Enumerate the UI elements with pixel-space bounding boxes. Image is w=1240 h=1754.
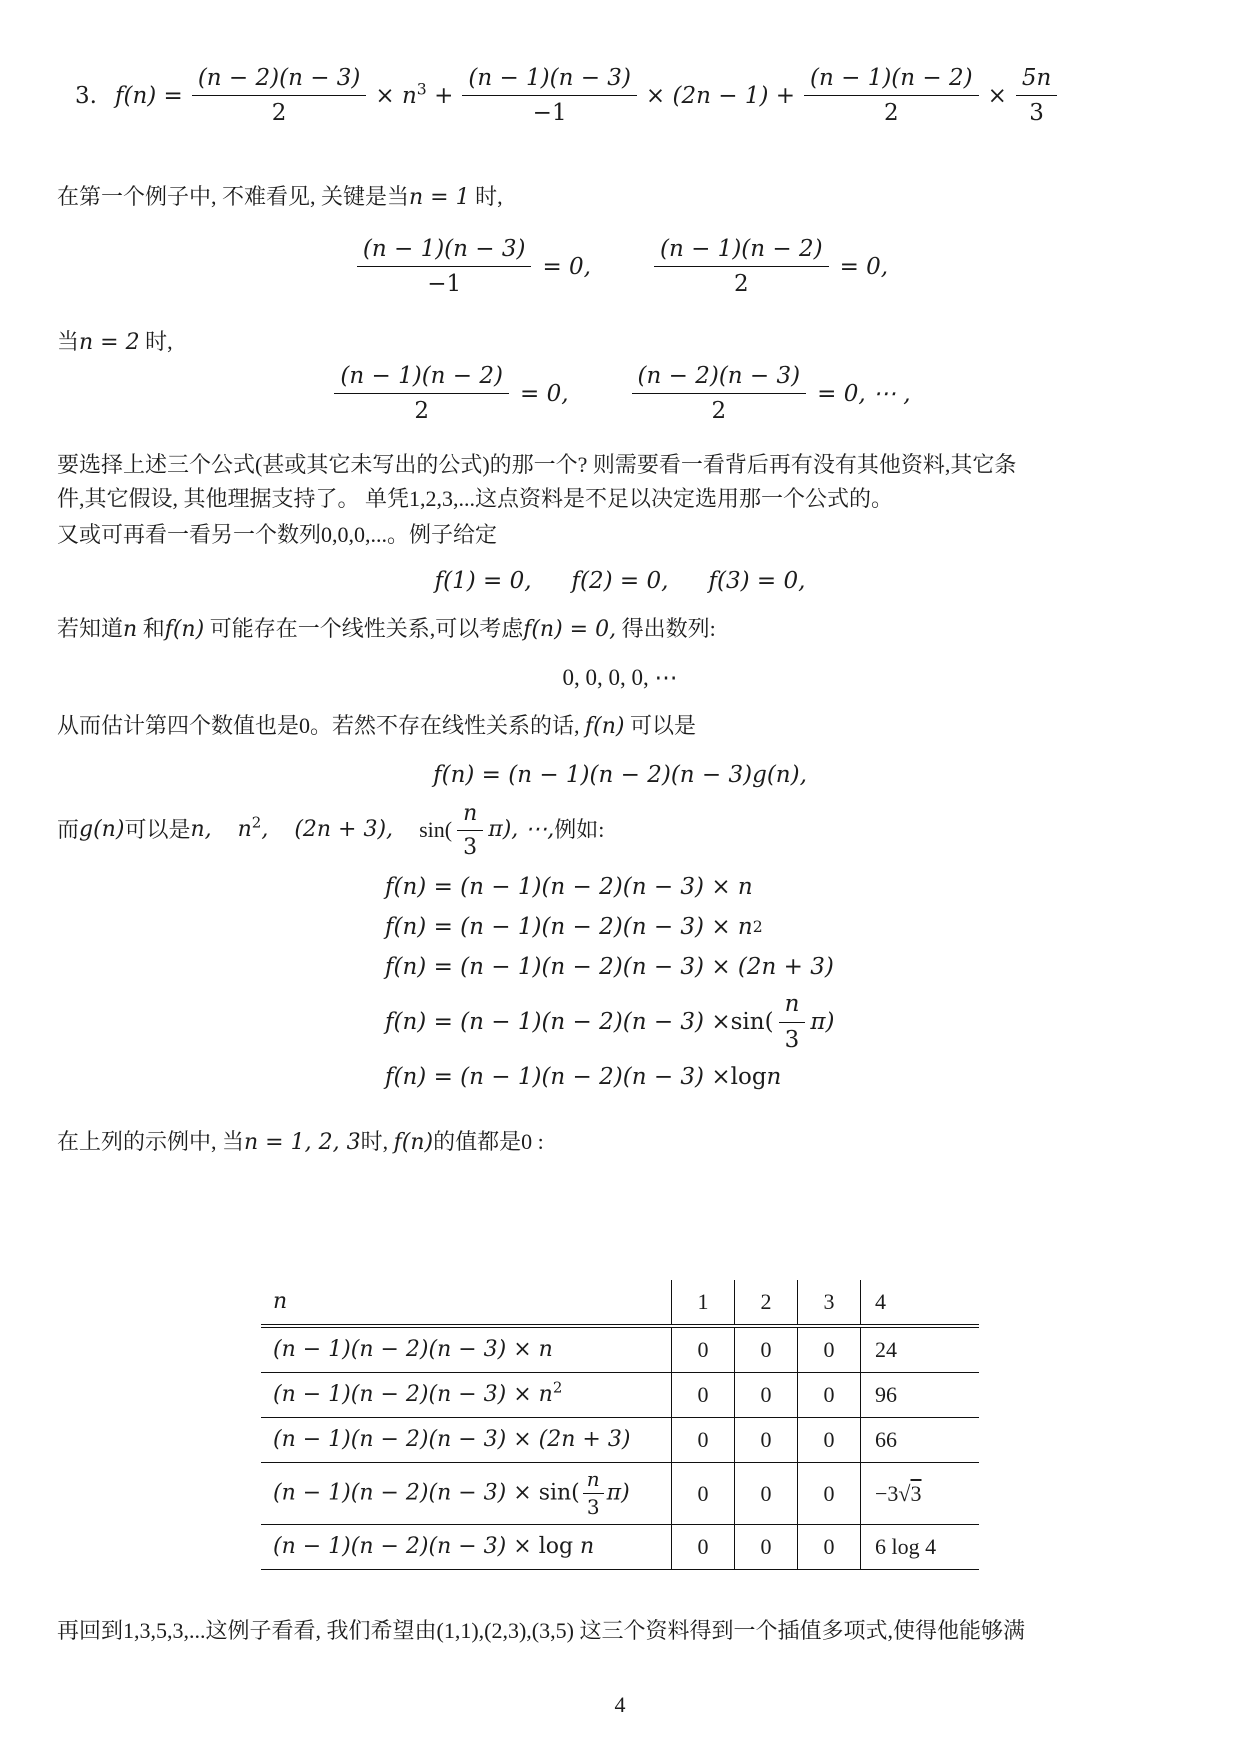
table-row: (n − 1)(n − 2)(n − 3) × log n 0 0 0 6 lo…	[261, 1525, 979, 1570]
eqB-fraction-2: (n − 2)(n − 3) 2	[632, 362, 807, 426]
table-row: (n − 1)(n − 2)(n − 3) × n 0 0 0 24	[261, 1326, 979, 1373]
values-table: n 1 2 3 4 (n − 1)(n − 2)(n − 3) × n 0 0 …	[261, 1280, 979, 1570]
eqB-fraction-1: (n − 1)(n − 2) 2	[334, 362, 509, 426]
eq3-op-3: ×	[988, 79, 1007, 113]
log-function: log	[731, 1060, 767, 1094]
table-row: (n − 1)(n − 2)(n − 3) × (2n + 3) 0 0 0 6…	[261, 1418, 979, 1463]
equation-item-3: 3. f(n) = (n − 2)(n − 3) 2 × n3 + (n − 1…	[75, 64, 1183, 128]
text-line: 件,其它假设, 其他理据支持了。 单凭1,2,3,...这点资料是不足以决定选用…	[57, 482, 1183, 516]
eq3-op-2: × (2n − 1) +	[646, 79, 795, 113]
equation-line-4: f(n) = (n − 1)(n − 2)(n − 3) × sin(n3π)	[385, 990, 855, 1054]
paragraph-estimate-fourth: 从而估计第四个数值也是0。若然不存在线性关系的话, f(n) 可以是	[57, 709, 1183, 744]
expr-times-2n3: (n − 1)(n − 2)(n − 3) × (2n + 3)	[261, 1418, 672, 1463]
sin-function: sin(	[731, 1005, 774, 1039]
eqC-part-2: f(2) = 0,	[572, 564, 669, 598]
cell: 0	[798, 1463, 861, 1525]
equation-line-5: f(n) = (n − 1)(n − 2)(n − 3) × log n	[385, 1060, 855, 1094]
expr-times-log: (n − 1)(n − 2)(n − 3) × log n	[261, 1525, 672, 1570]
expr-times-sin: (n − 1)(n − 2)(n − 3) × sin(n3π)	[261, 1463, 672, 1525]
header-2: 2	[735, 1280, 798, 1326]
inline-math: n = 2	[79, 330, 140, 355]
text-run: 可以是	[625, 713, 697, 738]
eqC-part-3: f(3) = 0,	[708, 564, 805, 598]
sin-function: sin(	[539, 1481, 580, 1506]
document-page: 3. f(n) = (n − 2)(n − 3) 2 × n3 + (n − 1…	[0, 0, 1240, 1722]
eqC-part-1: f(1) = 0,	[435, 564, 532, 598]
zeros-sequence: 0, 0, 0, 0, ⋯	[563, 661, 678, 695]
paragraph-another-sequence: 又或可再看一看另一个数列0,0,0,...。例子给定	[57, 518, 1183, 552]
equation-line-3: f(n) = (n − 1)(n − 2)(n − 3) × (2n + 3)	[385, 950, 855, 984]
text-run: 若知道	[57, 616, 123, 641]
eq3-fraction-1: (n − 2)(n − 3) 2	[192, 64, 367, 128]
equation-line-2: f(n) = (n − 1)(n − 2)(n − 3) × n2	[385, 910, 855, 944]
text-run: 而	[57, 813, 79, 847]
inline-math: π), ⋯,	[488, 813, 554, 847]
display-equation-f-values: f(1) = 0, f(2) = 0, f(3) = 0,	[57, 564, 1183, 598]
inline-math: f(n)	[394, 1130, 433, 1155]
eq3-fraction-4: 5n 3	[1016, 64, 1057, 128]
inline-math: (2n + 3),	[294, 813, 393, 847]
log-function: log	[539, 1534, 580, 1559]
text-run: 可能存在一个线性关系,可以考虑	[204, 616, 523, 641]
text-run: 时,	[140, 329, 173, 354]
sin-function: sin(	[419, 813, 452, 847]
eqB-rhs-2: = 0, ⋯ ,	[817, 377, 910, 411]
eqA-right: (n − 1)(n − 2) 2 = 0,	[649, 235, 888, 299]
text-run: 从而估计第四个数值也是0。若然不存在线性关系的话,	[57, 713, 585, 738]
cell: 0	[798, 1525, 861, 1570]
cell: 0	[735, 1373, 798, 1418]
cell: 0	[672, 1418, 735, 1463]
text-run: 可以是	[124, 813, 190, 847]
paragraph-linear-relation: 若知道n 和f(n) 可能存在一个线性关系,可以考虑f(n) = 0, 得出数列…	[57, 612, 1183, 647]
table-row: (n − 1)(n − 2)(n − 3) × sin(n3π) 0 0 0 −…	[261, 1463, 979, 1525]
cell: 0	[735, 1326, 798, 1373]
item-number: 3.	[75, 79, 97, 113]
paragraph-g-options: 而g(n) 可以是n,n2,(2n + 3),sin(n3π), ⋯, 例如:	[57, 800, 1183, 862]
cell: 96	[861, 1373, 980, 1418]
eq3-fraction-2: (n − 1)(n − 3) −1	[462, 64, 637, 128]
sqrt-sign: √	[898, 1481, 910, 1506]
text-run: 时,	[470, 184, 503, 209]
text-line: 要选择上述三个公式(甚或其它未写出的公式)的那一个? 则需要看一看背后再有没有其…	[57, 448, 1183, 482]
text-run: 例如:	[554, 813, 604, 847]
header-1: 1	[672, 1280, 735, 1326]
inline-math: n = 1, 2, 3	[244, 1130, 361, 1155]
text-run: 当	[57, 329, 79, 354]
cell: 0	[735, 1418, 798, 1463]
cell: 0	[798, 1373, 861, 1418]
eq3-fraction-3: (n − 1)(n − 2) 2	[804, 64, 979, 128]
inline-math: n,	[190, 813, 211, 847]
header-4: 4	[861, 1280, 980, 1326]
cell: 6 log 4	[861, 1525, 980, 1570]
paragraph-n-equals-2: 当n = 2 时,	[57, 325, 1183, 360]
paragraph-table-intro: 在上列的示例中, 当n = 1, 2, 3时, f(n)的值都是0 :	[57, 1125, 1183, 1160]
eqB-rhs-1: = 0,	[520, 377, 569, 411]
eqA-rhs-2: = 0,	[840, 250, 889, 284]
header-n: n	[261, 1280, 672, 1326]
text-run: 在第一个例子中, 不难看见, 关键是当	[57, 184, 409, 209]
eqB-left: (n − 1)(n − 2) 2 = 0,	[329, 362, 568, 426]
cell: 0	[672, 1463, 735, 1525]
eqA-fraction-1: (n − 1)(n − 3) −1	[357, 235, 532, 299]
values-table-wrapper: n 1 2 3 4 (n − 1)(n − 2)(n − 3) × n 0 0 …	[57, 1280, 1183, 1570]
cell: 24	[861, 1326, 980, 1373]
inline-fraction: n3	[457, 800, 483, 862]
cell: 0	[798, 1326, 861, 1373]
eq3-lhs: f(n) =	[115, 79, 183, 113]
cell: 66	[861, 1418, 980, 1463]
cell: 0	[735, 1463, 798, 1525]
equation-line-1: f(n) = (n − 1)(n − 2)(n − 3) × n	[385, 870, 855, 904]
cell: 0	[672, 1326, 735, 1373]
paragraph-choose-formula: 要选择上述三个公式(甚或其它未写出的公式)的那一个? 则需要看一看背后再有没有其…	[57, 448, 1183, 516]
text-run: 的值都是0 :	[433, 1129, 544, 1154]
inline-math: n	[123, 617, 137, 642]
eqB-right: (n − 2)(n − 3) 2 = 0, ⋯ ,	[627, 362, 911, 426]
inline-math: n = 1	[409, 185, 470, 210]
cell: 0	[735, 1525, 798, 1570]
eqE-body: f(n) = (n − 1)(n − 2)(n − 3)g(n),	[433, 758, 807, 792]
eq3-op-1: × n3 +	[375, 79, 453, 113]
cell: 0	[672, 1373, 735, 1418]
eqA-fraction-2: (n − 1)(n − 2) 2	[654, 235, 829, 299]
inline-fraction: n3	[779, 990, 806, 1054]
text-run: 和	[137, 616, 165, 641]
expr-times-n-squared: (n − 1)(n − 2)(n − 3) × n2	[261, 1373, 672, 1418]
text-run: 在上列的示例中, 当	[57, 1129, 244, 1154]
inline-math: f(n)	[165, 617, 204, 642]
inline-math: f(n) = 0,	[523, 617, 616, 642]
inline-math-squared: n2,	[238, 813, 269, 847]
table-header-row: n 1 2 3 4	[261, 1280, 979, 1326]
cell-sqrt: −3√3	[861, 1463, 980, 1525]
cell: 0	[798, 1418, 861, 1463]
text-run: 时,	[361, 1129, 394, 1154]
inline-math: g(n)	[79, 813, 124, 847]
header-3: 3	[798, 1280, 861, 1326]
text-run: 得出数列:	[616, 616, 716, 641]
eqA-left: (n − 1)(n − 3) −1 = 0,	[352, 235, 591, 299]
cell: 0	[672, 1525, 735, 1570]
display-equation-g: f(n) = (n − 1)(n − 2)(n − 3)g(n),	[57, 758, 1183, 792]
expr-times-n: (n − 1)(n − 2)(n − 3) × n	[261, 1326, 672, 1373]
paragraph-first-example: 在第一个例子中, 不难看见, 关键是当n = 1 时,	[57, 180, 1183, 215]
paragraph-back-to-example: 再回到1,3,5,3,...这例子看看, 我们希望由(1,1),(2,3),(3…	[57, 1614, 1183, 1648]
display-equation-n1: (n − 1)(n − 3) −1 = 0, (n − 1)(n − 2) 2 …	[57, 235, 1183, 299]
eqA-rhs-1: = 0,	[542, 250, 591, 284]
inline-fraction: n3	[583, 1468, 604, 1519]
equation-list: f(n) = (n − 1)(n − 2)(n − 3) × n f(n) = …	[57, 867, 1183, 1097]
inline-math: f(n)	[585, 714, 624, 739]
display-equation-zeros: 0, 0, 0, 0, ⋯	[57, 661, 1183, 695]
table-row: (n − 1)(n − 2)(n − 3) × n2 0 0 0 96	[261, 1373, 979, 1418]
page-number: 4	[57, 1688, 1183, 1722]
display-equation-n2: (n − 1)(n − 2) 2 = 0, (n − 2)(n − 3) 2 =…	[57, 362, 1183, 426]
